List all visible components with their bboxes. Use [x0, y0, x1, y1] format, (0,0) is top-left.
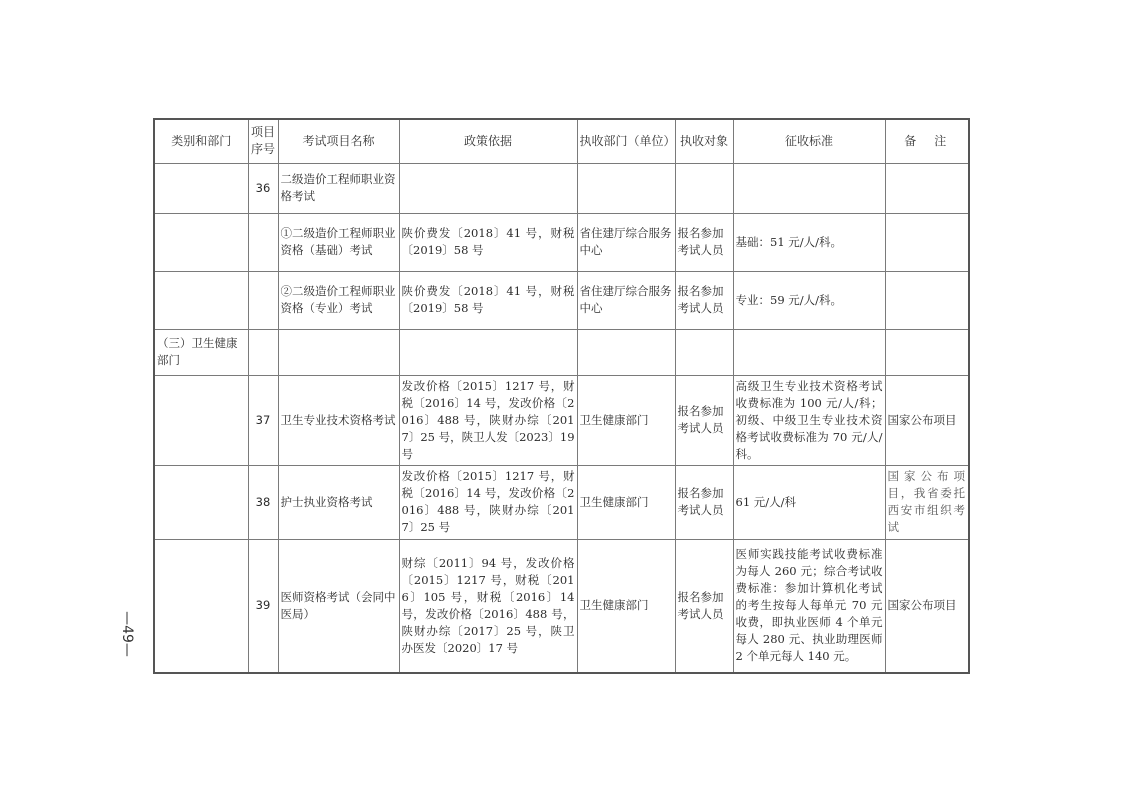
cell-item-no: 39 — [248, 539, 278, 673]
header-row: 类别和部门 项目序号 考试项目名称 政策依据 执收部门（单位） 执收对象 征收标… — [154, 119, 969, 163]
cell-item-no — [248, 271, 278, 329]
cell-exam-name: ②二级造价工程师职业资格（专业）考试 — [278, 271, 399, 329]
table-row: 39 医师资格考试（会同中医局） 财综〔2011〕94 号，发改价格〔2015〕… — [154, 539, 969, 673]
header-standard: 征收标准 — [733, 119, 885, 163]
page-number: —49— — [97, 619, 157, 649]
cell-policy: 发改价格〔2015〕1217 号，财税〔2016〕14 号，发改价格〔2016〕… — [399, 465, 577, 539]
cell-exam-name — [278, 329, 399, 375]
cell-category — [154, 213, 248, 271]
cell-category — [154, 375, 248, 465]
header-payer: 执收对象 — [675, 119, 733, 163]
cell-category — [154, 271, 248, 329]
cell-standard: 高级卫生专业技术资格考试收费标准为 100 元/人/科；初级、中级卫生专业技术资… — [733, 375, 885, 465]
cell-standard: 61 元/人/科 — [733, 465, 885, 539]
cell-policy: 财综〔2011〕94 号，发改价格〔2015〕1217 号，财税〔2016〕10… — [399, 539, 577, 673]
cell-collector: 省住建厅综合服务中心 — [577, 271, 675, 329]
cell-collector: 省住建厅综合服务中心 — [577, 213, 675, 271]
cell-standard: 基础：51 元/人/科。 — [733, 213, 885, 271]
table-row: ①二级造价工程师职业资格（基础）考试 陕价费发〔2018〕41 号，财税〔201… — [154, 213, 969, 271]
cell-standard — [733, 329, 885, 375]
cell-exam-name: ①二级造价工程师职业资格（基础）考试 — [278, 213, 399, 271]
exam-fee-table: 类别和部门 项目序号 考试项目名称 政策依据 执收部门（单位） 执收对象 征收标… — [153, 118, 970, 674]
header-exam-name: 考试项目名称 — [278, 119, 399, 163]
cell-policy: 陕价费发〔2018〕41 号，财税〔2019〕58 号 — [399, 271, 577, 329]
header-policy: 政策依据 — [399, 119, 577, 163]
cell-payer: 报名参加考试人员 — [675, 271, 733, 329]
cell-item-no: 36 — [248, 163, 278, 213]
cell-remarks — [885, 329, 969, 375]
section-row: （三）卫生健康部门 — [154, 329, 969, 375]
cell-remarks: 国家公布项目 — [885, 375, 969, 465]
header-category: 类别和部门 — [154, 119, 248, 163]
cell-collector: 卫生健康部门 — [577, 375, 675, 465]
cell-collector: 卫生健康部门 — [577, 465, 675, 539]
cell-category — [154, 539, 248, 673]
cell-payer: 报名参加考试人员 — [675, 213, 733, 271]
cell-remarks — [885, 213, 969, 271]
table-row: ②二级造价工程师职业资格（专业）考试 陕价费发〔2018〕41 号，财税〔201… — [154, 271, 969, 329]
header-collector: 执收部门（单位） — [577, 119, 675, 163]
cell-remarks — [885, 271, 969, 329]
cell-policy — [399, 329, 577, 375]
cell-policy: 发改价格〔2015〕1217 号，财税〔2016〕14 号，发改价格〔2016〕… — [399, 375, 577, 465]
table-row: 37 卫生专业技术资格考试 发改价格〔2015〕1217 号，财税〔2016〕1… — [154, 375, 969, 465]
table-row: 38 护士执业资格考试 发改价格〔2015〕1217 号，财税〔2016〕14 … — [154, 465, 969, 539]
cell-standard — [733, 163, 885, 213]
cell-policy: 陕价费发〔2018〕41 号，财税〔2019〕58 号 — [399, 213, 577, 271]
cell-remarks: 国家公布项目，我省委托西安市组织考试 — [885, 465, 969, 539]
header-remarks: 备 注 — [885, 119, 969, 163]
cell-item-no — [248, 329, 278, 375]
cell-policy — [399, 163, 577, 213]
cell-item-no: 37 — [248, 375, 278, 465]
cell-standard: 专业：59 元/人/科。 — [733, 271, 885, 329]
cell-exam-name: 医师资格考试（会同中医局） — [278, 539, 399, 673]
cell-exam-name: 卫生专业技术资格考试 — [278, 375, 399, 465]
header-item-no: 项目序号 — [248, 119, 278, 163]
cell-remarks: 国家公布项目 — [885, 539, 969, 673]
cell-standard: 医师实践技能考试收费标准为每人 260 元；综合考试收费标准：参加计算机化考试的… — [733, 539, 885, 673]
cell-remarks — [885, 163, 969, 213]
cell-item-no: 38 — [248, 465, 278, 539]
cell-category — [154, 163, 248, 213]
cell-payer: 报名参加考试人员 — [675, 539, 733, 673]
cell-category — [154, 465, 248, 539]
cell-category: （三）卫生健康部门 — [154, 329, 248, 375]
cell-exam-name: 二级造价工程师职业资格考试 — [278, 163, 399, 213]
cell-payer: 报名参加考试人员 — [675, 375, 733, 465]
cell-collector — [577, 163, 675, 213]
cell-collector — [577, 329, 675, 375]
table-row: 36 二级造价工程师职业资格考试 — [154, 163, 969, 213]
cell-item-no — [248, 213, 278, 271]
cell-collector: 卫生健康部门 — [577, 539, 675, 673]
cell-payer: 报名参加考试人员 — [675, 465, 733, 539]
cell-payer — [675, 163, 733, 213]
cell-payer — [675, 329, 733, 375]
cell-exam-name: 护士执业资格考试 — [278, 465, 399, 539]
